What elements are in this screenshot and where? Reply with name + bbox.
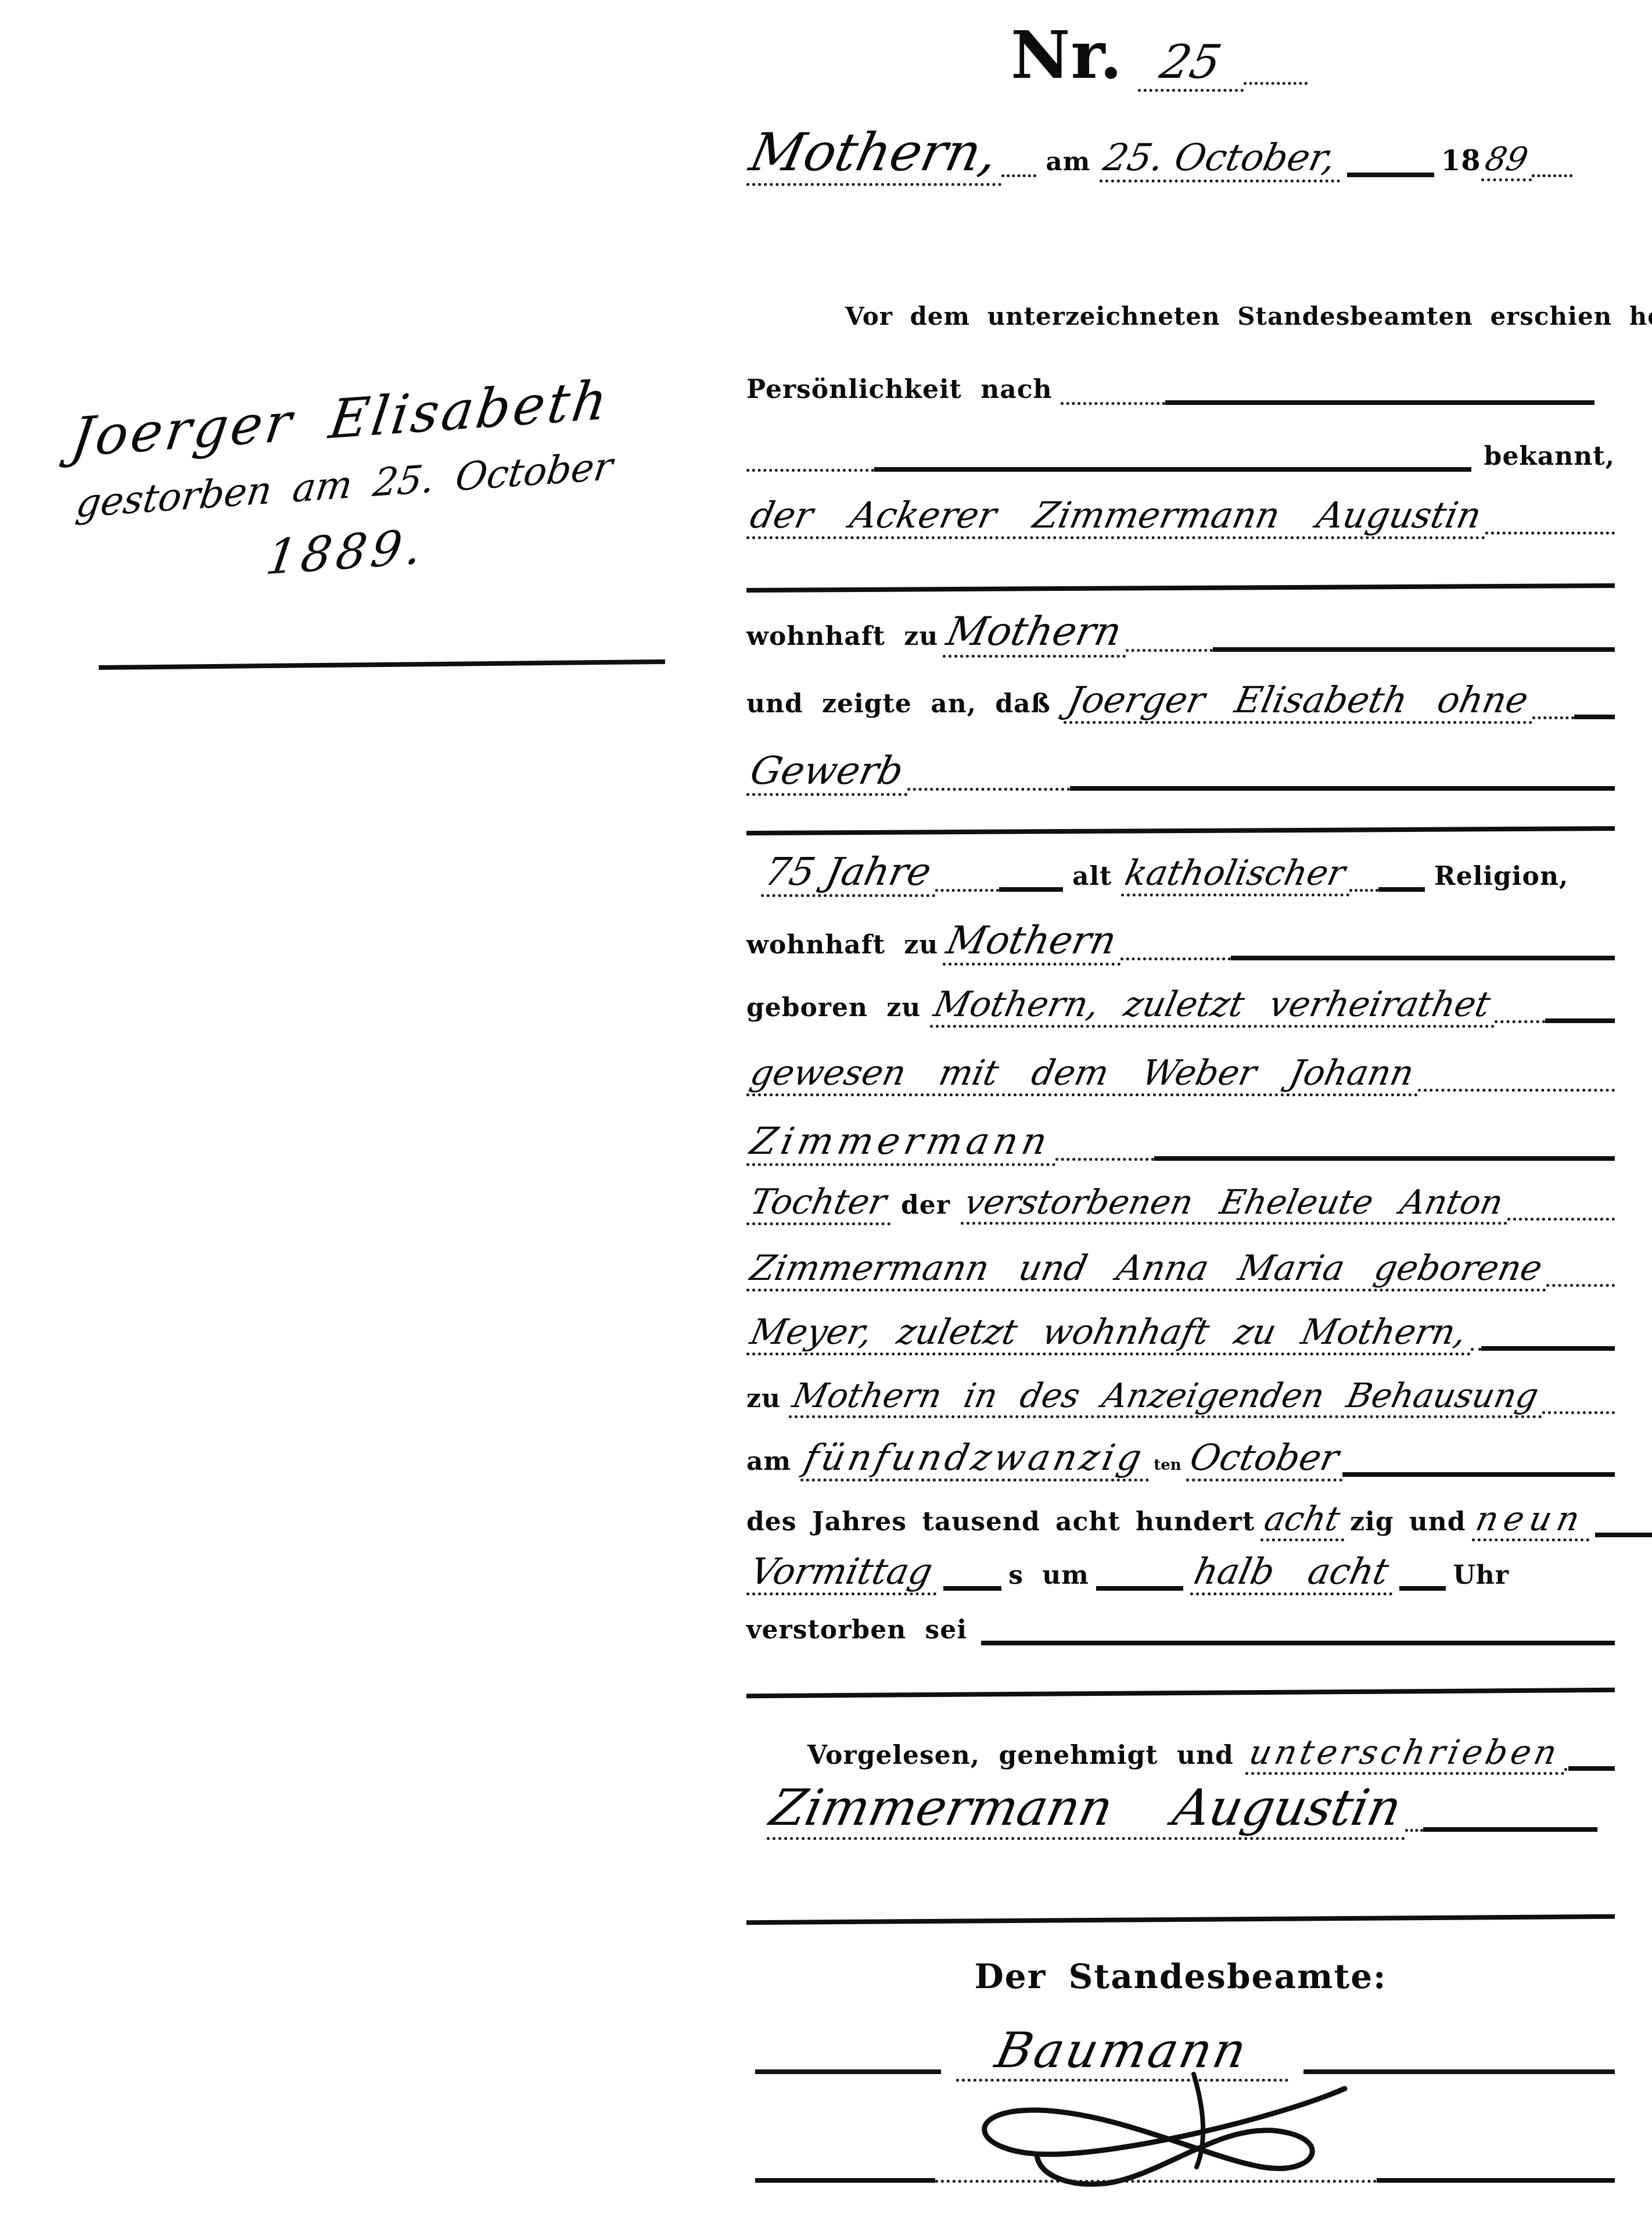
birthplace-value: Mothern, zuletzt verheirathet — [931, 984, 1494, 1025]
persoenlichkeit-label: Persönlichkeit nach — [746, 375, 1053, 404]
alt-label: alt — [1072, 862, 1112, 891]
geboren-label: geboren zu — [746, 993, 921, 1023]
zeigte-label: und zeigte an, daß — [746, 689, 1051, 719]
fill-line — [1070, 785, 1615, 791]
death-year-row: des Jahres tausend acht hundert acht zig… — [746, 1499, 1615, 1541]
time-value: halb acht — [1190, 1550, 1392, 1592]
fill-line — [1347, 171, 1434, 177]
margin-note-underline — [99, 659, 665, 670]
fill-line — [874, 466, 1471, 472]
daypart-value: Vormittag — [746, 1550, 936, 1592]
fill-line — [1399, 1585, 1446, 1591]
parents-value: Meyer, zuletzt wohnhaft zu Mothern, — [747, 1312, 1470, 1353]
spouse-underline: Zimmermann — [746, 1120, 1055, 1166]
nr-label: Nr. — [1011, 17, 1123, 94]
parents-value: Zimmermann und Anna Maria geborene — [747, 1248, 1546, 1289]
parents-row-2: Zimmermann und Anna Maria geborene — [746, 1248, 1615, 1292]
fill-line — [1481, 1345, 1615, 1351]
parents-value: verstorbenen Eheleute Anton — [961, 1182, 1507, 1222]
death-place-value: Mothern in des Anzeigenden Behausung — [789, 1376, 1542, 1415]
margin-note: Joerger Elisabeth gestorben am 25. Octob… — [70, 360, 755, 598]
zu-label: zu — [746, 1384, 781, 1414]
wohnhaft-place: Mothern — [943, 918, 1121, 963]
declarant-value: der Ackerer Zimmermann Augustin — [746, 494, 1485, 536]
year-underline: 89 — [1481, 141, 1532, 181]
fill-line — [1423, 1826, 1597, 1832]
wohnhaft-underline: Mothern — [943, 918, 1120, 966]
death-month-underline: October — [1186, 1436, 1343, 1481]
der-label: der — [901, 1190, 950, 1220]
fill-line — [1595, 1531, 1652, 1537]
am-label: am — [746, 1447, 791, 1476]
death-month-value: October — [1186, 1436, 1342, 1479]
fill-line — [1405, 1828, 1423, 1832]
fill-line — [1165, 399, 1594, 405]
intro-row: Vor dem unterzeichneten Standesbeamten e… — [845, 302, 1652, 331]
fill-line — [1532, 715, 1574, 719]
declarant-residence-row: wohnhaft zu Mothern — [746, 609, 1615, 658]
fill-line — [1542, 1410, 1615, 1414]
death-record-page: Joerger Elisabeth gestorben am 25. Octob… — [0, 0, 1652, 2217]
bekannt-label: bekannt, — [1484, 442, 1615, 471]
fill-line — [1231, 955, 1615, 960]
fill-line — [1349, 888, 1378, 892]
deceased-residence-row: wohnhaft zu Mothern — [746, 918, 1615, 966]
death-place-underline: Mothern in des Anzeigenden Behausung — [789, 1376, 1542, 1418]
age-religion-row: 75 Jahre alt katholischer Religion, — [761, 849, 1615, 897]
religion-value: katholischer — [1122, 853, 1349, 894]
nr-value: 25 — [1155, 35, 1226, 89]
record-number-row: Nr. 25 — [1011, 17, 1308, 94]
place-underline: Mothern, — [746, 122, 1001, 186]
year-printed: 18 — [1441, 145, 1481, 177]
wohnhaft-label: wohnhaft zu — [746, 930, 938, 960]
fill-line — [1061, 401, 1165, 405]
fill-line — [999, 886, 1063, 892]
age-value: 75 Jahre — [761, 849, 935, 894]
date-underline: 25. October, — [1100, 137, 1339, 182]
wohnhaft-label: wohnhaft zu — [746, 622, 938, 651]
fill-line — [1378, 886, 1425, 892]
death-date-row: am fünfundzwanzig ten October — [746, 1436, 1615, 1481]
death-day-value: fünfundzwanzig — [800, 1436, 1149, 1479]
spouse-value: gewesen mit dem Weber Johann — [747, 1053, 1418, 1093]
parents-underline: Meyer, zuletzt wohnhaft zu Mothern, — [746, 1312, 1471, 1355]
tochter-underline: Tochter — [746, 1182, 890, 1225]
year-tens-underline: acht — [1260, 1499, 1344, 1541]
declarant-signature: Zimmermann Augustin — [765, 1779, 1406, 1837]
zig-und-label: zig und — [1350, 1507, 1466, 1537]
margin-note-year: 1889. — [263, 519, 430, 586]
uhr-label: Uhr — [1453, 1560, 1509, 1590]
fill-line — [1121, 956, 1231, 960]
parents-row-1: Tochter der verstorbenen Eheleute Anton — [746, 1182, 1615, 1225]
fill-line — [1495, 1019, 1545, 1023]
year-tens-value: acht — [1261, 1499, 1344, 1538]
parents-underline: verstorbenen Eheleute Anton — [961, 1182, 1507, 1225]
declaration-row: und zeigte an, daß Joerger Elisabeth ohn… — [746, 679, 1615, 724]
fill-line — [1244, 81, 1308, 85]
fill-line — [1001, 173, 1036, 177]
declarant-row: der Ackerer Zimmermann Augustin — [746, 494, 1615, 539]
fill-line — [755, 2177, 935, 2183]
section-rule — [746, 583, 1615, 593]
fill-line — [1471, 1347, 1481, 1351]
fill-line — [981, 1640, 1615, 1645]
death-day-underline: fünfundzwanzig — [800, 1436, 1149, 1481]
fill-line — [1564, 1767, 1568, 1771]
year-written: 89 — [1482, 141, 1531, 178]
fill-line — [1574, 713, 1615, 719]
registrar-label: Der Standesbeamte: — [975, 1957, 1387, 1996]
fill-line — [1546, 1283, 1615, 1287]
fill-line — [1342, 1471, 1615, 1477]
fill-line — [1568, 1765, 1615, 1771]
ten-suffix: ten — [1154, 1457, 1181, 1474]
birthplace-underline: Mothern, zuletzt verheirathet — [930, 984, 1494, 1028]
fill-line — [1055, 1157, 1154, 1161]
year-ones-value: neun — [1472, 1499, 1589, 1538]
fill-line — [1213, 646, 1615, 652]
tochter-value: Tochter — [747, 1182, 890, 1222]
daypart-underline: Vormittag — [746, 1550, 936, 1595]
declarant-signature-row: Zimmermann Augustin — [767, 1779, 1597, 1840]
deceased-name: Joerger Elisabeth ohne — [1064, 679, 1532, 721]
registrar-heading-row: Der Standesbeamte: — [746, 1957, 1615, 1996]
bottom-rule-row — [755, 2170, 1615, 2176]
religion-label: Religion, — [1434, 862, 1568, 891]
closing-row: Vorgelesen, genehmigt und unterschrieben — [807, 1732, 1615, 1775]
declarant-signature-underline: Zimmermann Augustin — [767, 1779, 1405, 1840]
persoenlichkeit-row: Persönlichkeit nach — [746, 375, 1594, 404]
s-um-label: s um — [1008, 1560, 1089, 1590]
unterschrieben-value: unterschrieben — [1245, 1732, 1564, 1772]
fill-line — [1545, 1017, 1615, 1023]
place-value: Mothern, — [745, 122, 1004, 183]
spouse-surname: Zimmermann — [746, 1120, 1055, 1163]
fill-line — [1154, 1155, 1615, 1161]
spouse-row-1: gewesen mit dem Weber Johann — [746, 1053, 1615, 1096]
parents-underline: Zimmermann und Anna Maria geborene — [746, 1248, 1546, 1292]
occupation-value: Gewerb — [746, 748, 908, 793]
intro-text: Vor dem unterzeichneten Standesbeamten e… — [845, 302, 1652, 331]
section-rule — [746, 1688, 1615, 1698]
parents-row-3: Meyer, zuletzt wohnhaft zu Mothern, — [746, 1312, 1615, 1355]
fill-line — [935, 888, 999, 892]
fill-line — [746, 468, 874, 472]
death-place-row: zu Mothern in des Anzeigenden Behausung — [746, 1376, 1615, 1418]
spouse-row-2: Zimmermann — [746, 1120, 1615, 1166]
birthplace-row: geboren zu Mothern, zuletzt verheirathet — [746, 984, 1615, 1028]
fill-line — [1377, 2177, 1615, 2183]
fill-line — [1096, 1585, 1183, 1591]
time-underline: halb acht — [1190, 1550, 1393, 1595]
death-time-row: Vormittag s um halb acht Uhr — [746, 1550, 1615, 1595]
vorgelesen-label: Vorgelesen, genehmigt und — [807, 1741, 1234, 1770]
fill-line — [935, 2179, 1377, 2183]
spouse-underline: gewesen mit dem Weber Johann — [746, 1053, 1418, 1096]
fill-line — [1485, 530, 1615, 534]
year-line-label: des Jahres tausend acht hundert — [746, 1507, 1255, 1537]
occupation-underline: Gewerb — [746, 748, 907, 796]
deceased-underline: Joerger Elisabeth ohne — [1064, 679, 1532, 724]
bekannt-row: bekannt, — [746, 442, 1615, 471]
age-underline: 75 Jahre — [761, 849, 935, 897]
occupation-row: Gewerb — [746, 748, 1615, 796]
place-date-row: Mothern, am 25. October, 18 89 — [746, 122, 1615, 186]
fill-line — [1126, 648, 1213, 652]
section-rule — [746, 1914, 1615, 1925]
fill-line — [755, 2068, 941, 2074]
unterschrieben-underline: unterschrieben — [1245, 1732, 1564, 1775]
fill-line — [1532, 173, 1572, 177]
wohnhaft-underline: Mothern — [943, 609, 1125, 658]
fill-line — [1418, 1088, 1615, 1092]
fill-line — [943, 1585, 1001, 1591]
year-ones-underline: neun — [1472, 1499, 1589, 1541]
verstorben-label: verstorben sei — [746, 1615, 967, 1645]
wohnhaft-place: Mothern — [943, 609, 1126, 655]
religion-underline: katholischer — [1121, 853, 1349, 896]
am-label: am — [1046, 147, 1090, 177]
section-rule — [746, 826, 1615, 835]
verstorben-row: verstorben sei — [746, 1615, 1615, 1645]
declarant-underline: der Ackerer Zimmermann Augustin — [746, 494, 1485, 539]
nr-value-underline: 25 — [1138, 35, 1244, 92]
fill-line — [907, 787, 1070, 791]
fill-line — [1507, 1217, 1615, 1221]
date-value: 25. October, — [1100, 137, 1340, 180]
